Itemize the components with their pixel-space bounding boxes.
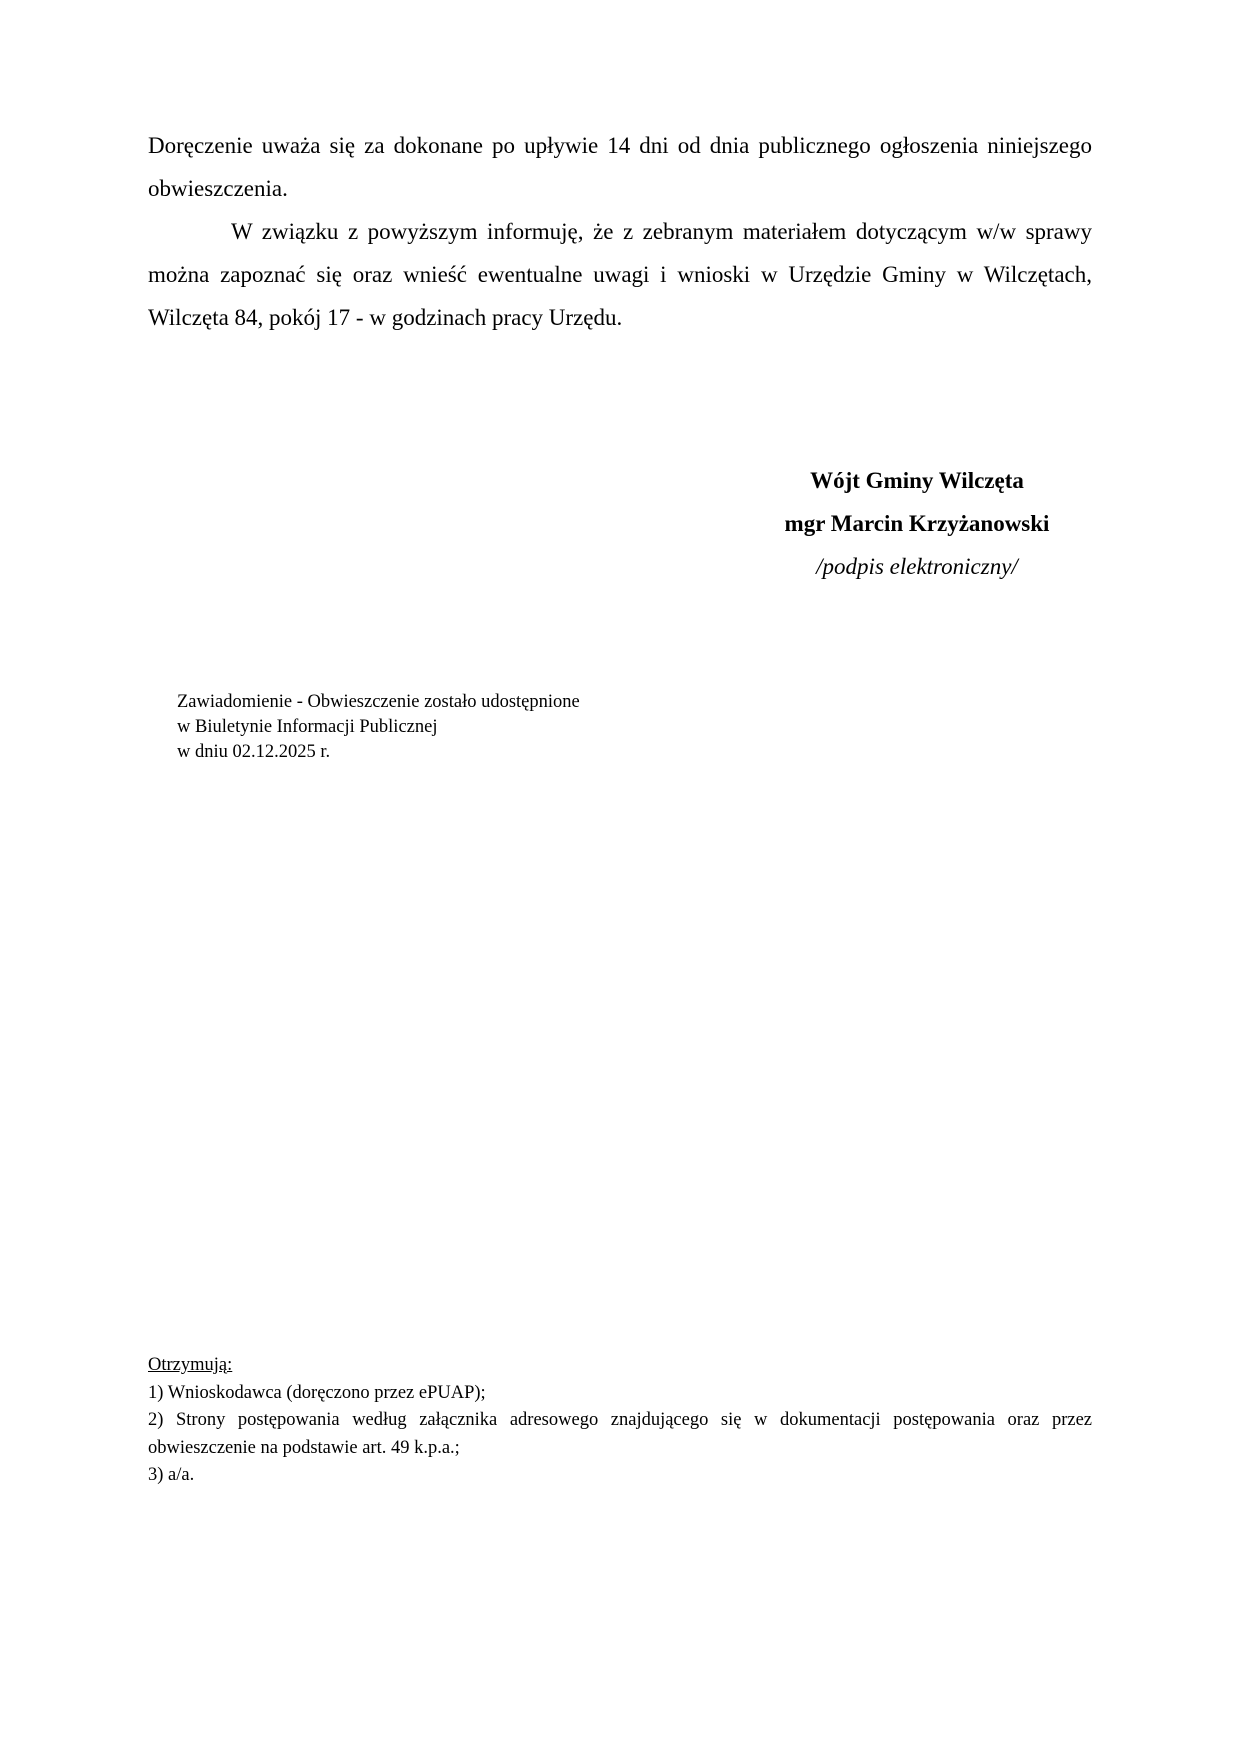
signatory-name: mgr Marcin Krzyżanowski [742, 502, 1092, 545]
recipients-heading: Otrzymują: [148, 1352, 1092, 1380]
publication-notice: Zawiadomienie - Obwieszczenie zostało ud… [177, 690, 697, 765]
recipient-item: 2) Strony postępowania według załącznika… [148, 1407, 1092, 1462]
notice-line: Zawiadomienie - Obwieszczenie zostało ud… [177, 690, 697, 715]
recipient-item: 3) a/a. [148, 1462, 1092, 1490]
recipients-section: Otrzymują: 1) Wnioskodawca (doręczono pr… [148, 1352, 1092, 1490]
document-page: Doręczenie uważa się za dokonane po upły… [0, 0, 1241, 1755]
signature-block: Wójt Gminy Wilczęta mgr Marcin Krzyżanow… [742, 459, 1092, 588]
recipient-item: 1) Wnioskodawca (doręczono przez ePUAP); [148, 1380, 1092, 1408]
notice-date-line: w dniu 02.12.2025 r. [177, 740, 697, 765]
delivery-paragraph: Doręczenie uważa się za dokonane po upły… [148, 124, 1092, 210]
electronic-signature-note: /podpis elektroniczny/ [742, 545, 1092, 588]
signatory-title: Wójt Gminy Wilczęta [742, 459, 1092, 502]
information-paragraph: W związku z powyższym informuję, że z ze… [148, 210, 1092, 339]
document-body: Doręczenie uważa się za dokonane po upły… [148, 124, 1092, 339]
notice-line: w Biuletynie Informacji Publicznej [177, 715, 697, 740]
